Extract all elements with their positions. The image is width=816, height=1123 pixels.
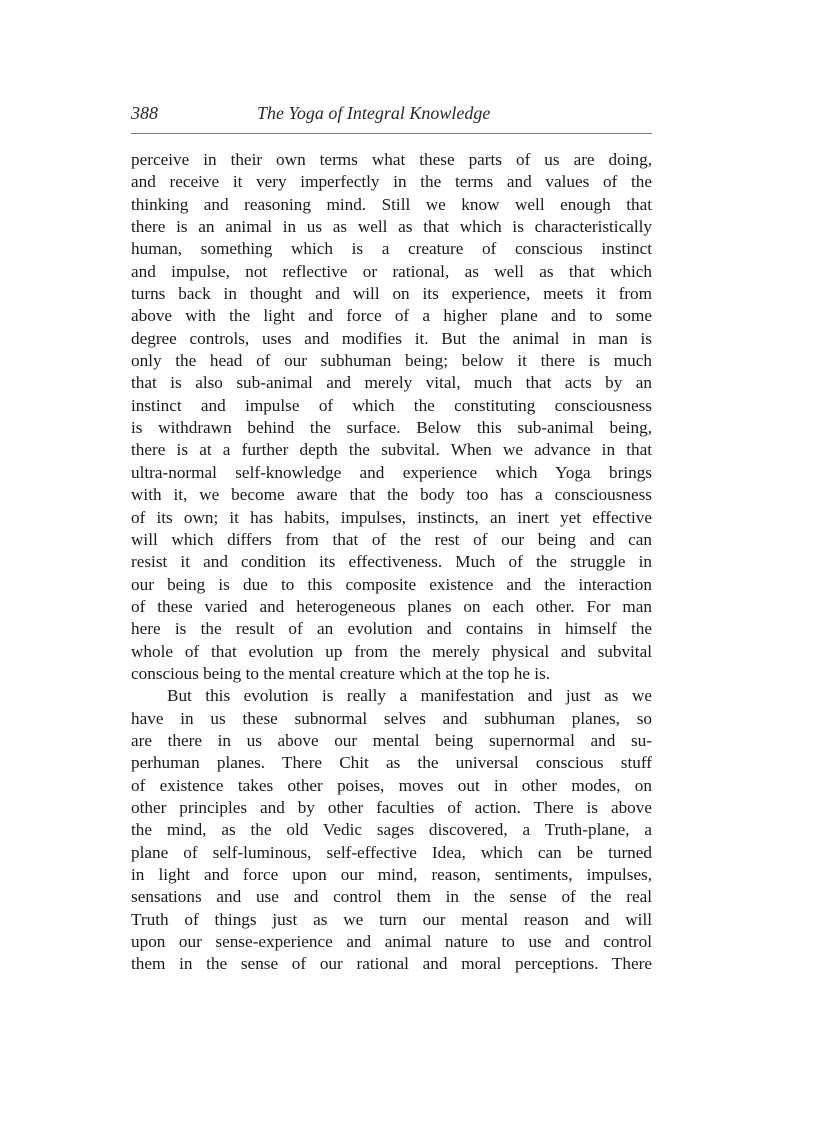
text-line: degree controls, uses and modifies it. B… [131,328,652,350]
text-line: But this evolution is really a manifesta… [131,685,652,707]
text-line: there is at a further depth the subvital… [131,439,652,461]
text-line: there is an animal in us as well as that… [131,216,652,238]
text-line: other principles and by other faculties … [131,797,652,819]
text-line: Truth of things just as we turn our ment… [131,909,652,931]
text-line: of its own; it has habits, impulses, ins… [131,507,652,529]
text-line: above with the light and force of a high… [131,305,652,327]
text-line: only the head of our subhuman being; bel… [131,350,652,372]
text-line: and impulse, not reflective or rational,… [131,261,652,283]
text-line: here is the result of an evolution and c… [131,618,652,640]
paragraph-1: perceive in their own terms what these p… [131,149,652,685]
body-text: perceive in their own terms what these p… [131,149,652,976]
text-line: turns back in thought and will on its ex… [131,283,652,305]
header-rule [131,133,652,134]
running-head: 388 The Yoga of Integral Knowledge [131,103,652,131]
text-line: instinct and impulse of which the consti… [131,395,652,417]
text-line: the mind, as the old Vedic sages discove… [131,819,652,841]
text-line: that is also sub-animal and merely vital… [131,372,652,394]
text-line: sensations and use and control them in t… [131,886,652,908]
text-line: have in us these subnormal selves and su… [131,708,652,730]
text-line: perceive in their own terms what these p… [131,149,652,171]
text-line: perhuman planes. There Chit as the unive… [131,752,652,774]
text-line: is withdrawn behind the surface. Below t… [131,417,652,439]
text-line: will which differs from that of the rest… [131,529,652,551]
page-number: 388 [131,103,158,124]
text-line: in light and force upon our mind, reason… [131,864,652,886]
paragraph-2: But this evolution is really a manifesta… [131,685,652,975]
text-line: and receive it very imperfectly in the t… [131,171,652,193]
text-line: our being is due to this composite exist… [131,574,652,596]
text-line: conscious being to the mental creature w… [131,663,652,685]
text-line: with it, we become aware that the body t… [131,484,652,506]
book-title: The Yoga of Integral Knowledge [257,103,490,124]
text-line: resist it and condition its effectivenes… [131,551,652,573]
text-line: of these varied and heterogeneous planes… [131,596,652,618]
text-line: them in the sense of our rational and mo… [131,953,652,975]
text-line: human, something which is a creature of … [131,238,652,260]
text-line: plane of self-luminous, self-effective I… [131,842,652,864]
text-line: upon our sense-experience and animal nat… [131,931,652,953]
text-line: are there in us above our mental being s… [131,730,652,752]
text-line: whole of that evolution up from the mere… [131,641,652,663]
text-line: thinking and reasoning mind. Still we kn… [131,194,652,216]
text-line: ultra-normal self-knowledge and experien… [131,462,652,484]
text-line: of existence takes other poises, moves o… [131,775,652,797]
